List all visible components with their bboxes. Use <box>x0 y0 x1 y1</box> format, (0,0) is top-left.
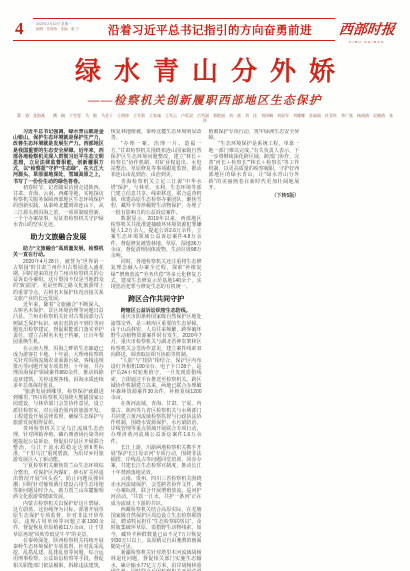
article-paragraph: 宁夏检察机关聚焦贺兰山生态环境综合整治，对保护区内煤矿、砂石矿关停退出情况开展“… <box>13 463 104 500</box>
article-paragraph: “办理一案、治理一片、造福一方。”甘肃检察机关围绕祁连山国家级自然保护区生态环境… <box>111 141 202 178</box>
article-paragraph: 同时，各地检察机关还注重将生态修复理念融入办案全过程，探索“补植复绿”“增殖放流… <box>111 259 202 290</box>
editor-line: 编辑：张海燕 美编：康 宁 <box>36 27 106 32</box>
continuation-note: （下转5版） <box>209 193 300 199</box>
article-paragraph: 西藏检察机关结合高原实际，在羌塘国家级自然保护区周边设立生态检察联络站，聘请牧民… <box>111 507 202 550</box>
article-paragraph: 2020年4月28日，被誉为“世界第一古梨园”的甘肃兰州什川古梨园进入盛花期，同… <box>13 259 104 302</box>
masthead-logo: 西部时报 <box>336 19 398 39</box>
article-paragraph: 习近平总书记强调，绿水青山就是金山银山，保护生态环境就是保护生产力，改善生态环境… <box>13 129 104 185</box>
byline-line1: 策 划：张海燕 撰 稿：于雪雯 马 敏 马会子 王明坤 王竹莉 王家诚 王军云 … <box>17 113 393 124</box>
article-paragraph: 云南、贵州、四川三省检察机关围绕赤水河流域保护，会签跨省协作文件，统一办案标准，… <box>111 476 202 507</box>
article-paragraph: 长江上游，川渝两地检察机关携手开展“保护长江母亲河”专项行动，围绕非法捕捞、岸线… <box>111 445 202 476</box>
page-number: 4 <box>15 19 24 39</box>
article-paragraph: “旅游发展到哪里，检察保护就跟进到哪里。”四川检察机关围绕大熊猫国家公园建设，与… <box>13 389 104 426</box>
article-paragraph: 在黄河流域，青海、甘肃、宁夏、内蒙古、陕西等九省区检察机关与水利部门共同建立黄河… <box>111 401 202 444</box>
masthead: 西部时报 XIBU SHIBAO <box>337 19 397 44</box>
header-banner: 沿着习近平总书记指引的方向奋勇前进 <box>108 22 297 38</box>
article-paragraph: “人防”与“技防”相结合，保护区内布设红外相机190余台、电子卡口28个，巡护员… <box>111 358 202 401</box>
page-header: 4 2020年2月10日 星期一 编辑：张海燕 美编：康 宁 沿着习近平总书记指… <box>13 18 397 42</box>
header-top-rule <box>33 18 335 19</box>
byline-block: 策 划：张海燕 撰 稿：于雪雯 马 敏 马会子 王明坤 王竹莉 王家诚 王军云 … <box>17 113 393 124</box>
article-paragraph: 内蒙古检察机关以保护好这片碧绿、这方蔚蓝、这份纯净为目标，部署开展草原生态保护专… <box>13 501 104 538</box>
article-paragraph: 重庆市阴条岭国家级自然保护区地处渝鄂交界，是三峡库区重要的生态屏障。由于山高林密… <box>111 314 202 357</box>
masthead-subtext: XIBU SHIBAO <box>337 40 397 44</box>
article-flow: 习近平总书记强调，绿水青山就是金山银山，保护生态环境就是保护生产力，改善生态环境… <box>13 129 397 571</box>
section-heading: 助力文旅融合发展 <box>13 233 104 242</box>
date-block: 2020年2月10日 星期一 编辑：张海燕 美编：康 宁 <box>36 22 106 31</box>
article-paragraph: 青海检察机关立足三江源“中华水塔”保护，与林草、水利、生态环境等部门建立信息共享… <box>111 179 202 216</box>
header-bottom-rule <box>13 40 335 42</box>
article-title: 绿水青山分外娇 <box>13 51 397 88</box>
section-heading: 跨区合作共同守护 <box>111 295 202 304</box>
article-paragraph: 贵州检察机关立足乌江流域生态治理，针对网箱养殖、磷石膏渣场污染等问题提起公益诉讼… <box>13 426 104 463</box>
article-paragraph: “生态环境保护是系统工程，单靠一地一部门难以完成。”有关负责人表示，下一步将继续… <box>209 141 300 191</box>
article-paragraph: 在云南大理，洱海之畔的生态廊道已成为游客打卡地。十年前，大理州检察机关针对洱海流… <box>13 346 104 389</box>
article-paragraph: 初春时节，记者随采访团走进陕西、甘肃、青海、云南、西藏等地，实地探访检察机关服务… <box>13 185 104 228</box>
article-subtitle: ——检察机关创新履职西部地区生态保护 <box>13 92 397 108</box>
article-paragraph: 助力“文旅融合”高质量发展，检察机关一直在行动。 <box>13 246 104 258</box>
newspaper-page: 4 2020年2月10日 星期一 编辑：张海燕 美编：康 宁 沿着习近平总书记指… <box>0 0 410 571</box>
article-paragraph: 数据显示，2019年以来，西部地区检察机关共批准逮捕破坏环境资源犯罪嫌疑人1.2… <box>111 216 202 259</box>
article-paragraph: 近年来，随着“文旅融合”不断深入，古树名木保护、景区环境治理等问题日益凸显。兰州… <box>13 302 104 345</box>
